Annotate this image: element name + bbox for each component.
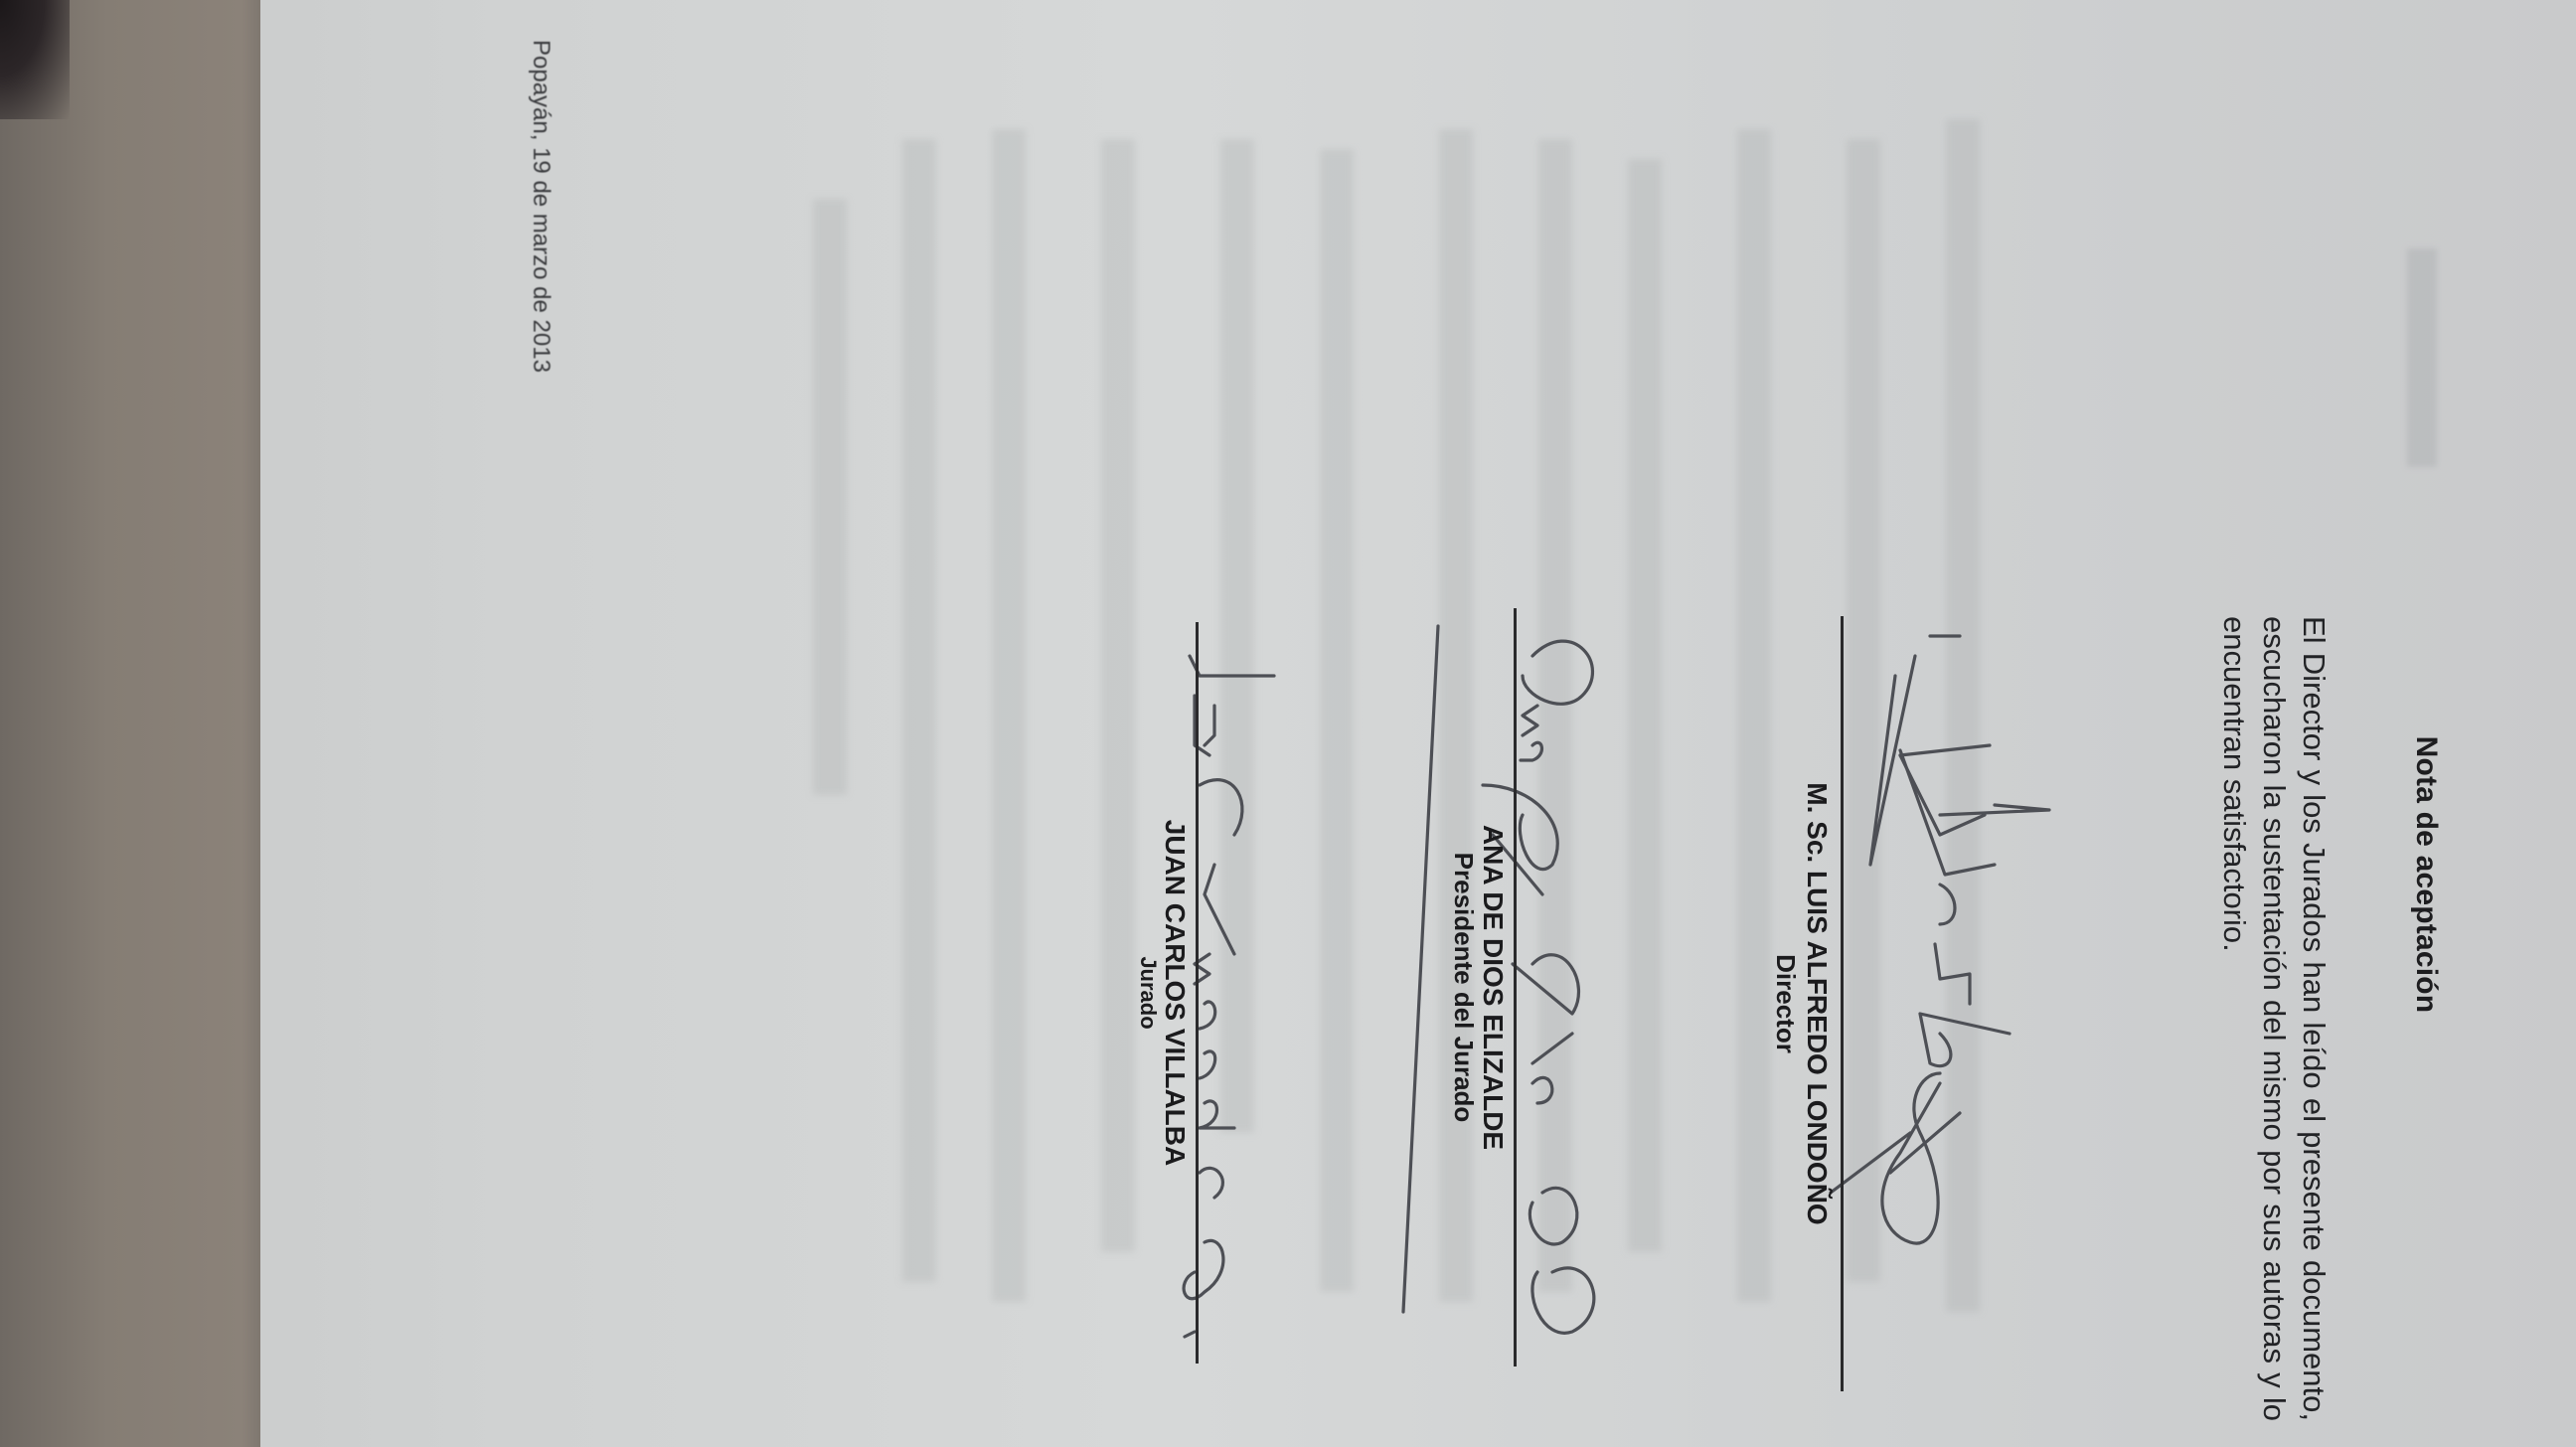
director-role: Director [1770,616,1801,1391]
acceptance-statement: El Director y los Jurados han leído el p… [2214,616,2334,1421]
bleed-through-heading [2407,248,2437,467]
bleed-through-line [992,129,1026,1302]
bleed-through-line [1101,139,1135,1252]
paper-sheet: Nota de aceptación El Director y los Jur… [260,0,2576,1447]
juror-name: JUAN CARLOS VILLALBA [1159,622,1191,1364]
page-title: Nota de aceptación [2409,636,2443,1113]
bleed-through-line [1628,159,1662,1252]
bleed-through-line [902,139,936,1282]
president-signature-line [1514,608,1517,1367]
shadow [0,0,70,119]
director-handwritten-signature [1811,636,2109,1391]
director-signature-line [1841,616,1844,1391]
bleed-through-line [1320,149,1354,1292]
table-surface [0,0,268,1447]
paper-sheet-viewport: Nota de aceptación El Director y los Jur… [260,0,2576,1447]
juror-signature-line [1196,622,1199,1364]
juror-role: Jurado [1135,622,1161,1364]
place-and-date: Popayán, 19 de marzo de 2013 [527,40,555,373]
bleed-through-line [813,199,847,795]
director-name: M. Sc. LUIS ALFREDO LONDOÑO [1801,616,1833,1391]
president-role: Presidente del Jurado [1448,608,1479,1367]
president-name: ANA DE DIOS ELIZALDE [1477,608,1509,1367]
bleed-through-line [1737,129,1771,1302]
